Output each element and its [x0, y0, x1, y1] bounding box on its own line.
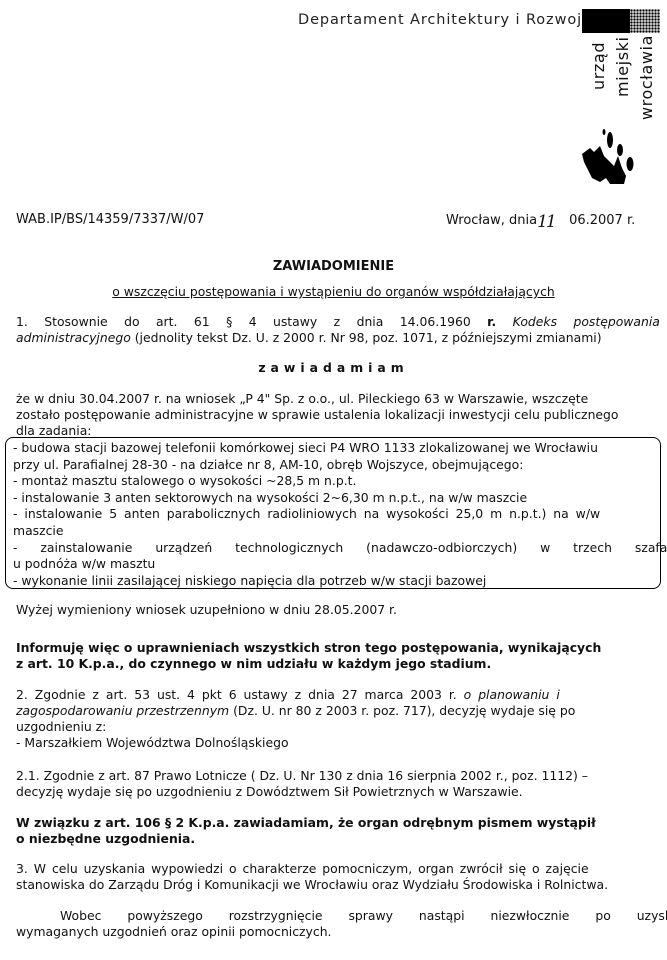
- logo-word-urzad: urząd: [589, 42, 608, 90]
- section-2-1: 2.1. Zgodnie z art. 87 Prawo Lotnicze ( …: [16, 768, 660, 800]
- task-line: - montaż masztu stalowego o wysokości ~2…: [13, 473, 654, 490]
- logo-dotted-block: [630, 9, 660, 33]
- logo-word-wroclawia: wrocławia: [637, 35, 656, 120]
- supplement-note: Wyżej wymieniony wniosek uzupełniono w d…: [16, 602, 660, 618]
- handwritten-day: 11: [537, 212, 569, 232]
- date-prefix: Wrocław, dnia: [446, 213, 537, 228]
- document-title: ZAWIADOMIENIE: [0, 259, 667, 274]
- task-line: u podnóża w/w masztu: [13, 556, 654, 573]
- section-1: 1. Stosownie do art. 61 § 4 ustawy z dni…: [16, 314, 660, 346]
- case-reference-number: WAB.IP/BS/14359/7337/W/07: [16, 212, 204, 227]
- section-2: 2. Zgodnie z art. 53 ust. 4 pkt 6 ustawy…: [16, 687, 660, 751]
- notify-heading: zawiadamiam: [0, 360, 667, 375]
- task-line: - wykonanie linii zasilającej niskiego n…: [13, 573, 654, 590]
- city-logo-paw-icon: [580, 126, 640, 186]
- task-line: maszcie: [13, 523, 654, 540]
- task-line: - budowa stacji bazowej telefonii komórk…: [13, 440, 654, 457]
- closing-paragraph: Wobec powyższego rozstrzygnięcie sprawy …: [16, 908, 660, 940]
- task-line: przy ul. Parafialnej 28-30 - na działce …: [13, 457, 654, 474]
- section-3: 3. W celu uzyskania wypowiedzi o charakt…: [16, 861, 660, 893]
- art-106-notice: W związku z art. 106 § 2 K.p.a. zawiadam…: [16, 815, 660, 847]
- section-1-line-1: 1. Stosownie do art. 61 § 4 ustawy z dni…: [16, 314, 660, 330]
- document-subtitle: o wszczęciu postępowania i wystąpieniu d…: [0, 284, 667, 299]
- task-line: - zainstalowanie urządzeń technologiczny…: [13, 540, 654, 557]
- date-suffix: 06.2007 r.: [569, 213, 635, 228]
- department-name: Departament Architektury i Rozwoju: [298, 12, 592, 28]
- rights-notice: Informuję więc o uprawnieniach wszystkic…: [16, 640, 660, 672]
- document-date: Wrocław, dnia1106.2007 r.: [446, 212, 635, 232]
- logo-word-miejski: miejski: [613, 36, 632, 97]
- intro-paragraph: że w dniu 30.04.2007 r. na wniosek „P 4"…: [16, 391, 660, 439]
- section-1-line-2: administracyjnego (jednolity tekst Dz. U…: [16, 330, 660, 346]
- task-line: - instalowanie 3 anten sektorowych na wy…: [13, 490, 654, 507]
- logo-black-bar: [582, 9, 630, 33]
- task-line: - instalowanie 5 anten parabolicznych ra…: [13, 506, 654, 523]
- task-description-box: - budowa stacji bazowej telefonii komórk…: [5, 437, 661, 589]
